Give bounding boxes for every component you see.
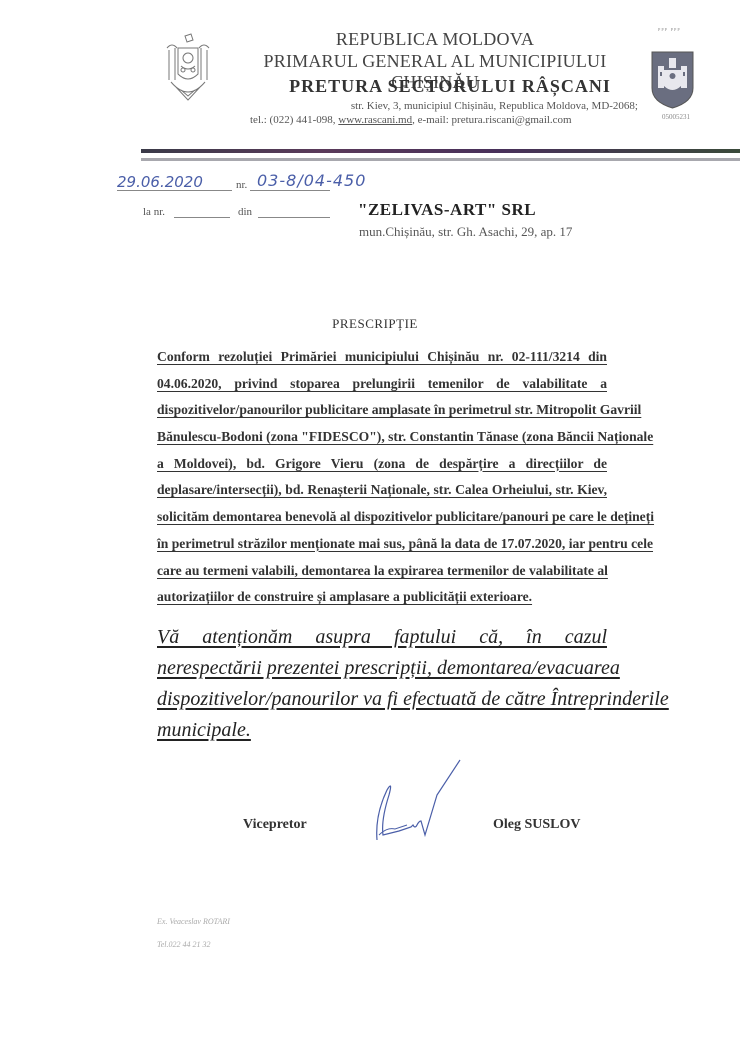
signatory-name: Oleg SUSLOV <box>493 817 581 833</box>
header-contact: tel.: (022) 441-098, www.rascani.md, e-m… <box>250 114 640 126</box>
document-number: 03-8/04-450 <box>257 171 366 190</box>
handwritten-signature-icon <box>365 755 475 850</box>
warning-line: dispozitivelor/panourilor va fi efectuat… <box>157 684 607 715</box>
header-address: str. Kiev, 3, municipiul Chișinău, Repub… <box>240 100 638 112</box>
document-title: PRESCRIPȚIE <box>250 316 500 332</box>
recipient-address: mun.Chișinău, str. Gh. Asachi, 29, ap. 1… <box>359 224 572 240</box>
warning-paragraph: Vă atenționăm asupra faptului că, în caz… <box>157 622 607 746</box>
body-line: în perimetrul străzilor menționate mai s… <box>157 531 607 558</box>
website-link[interactable]: www.rascani.md <box>338 114 412 126</box>
executor-phone: Tel.022 44 21 32 <box>157 940 211 949</box>
date-underline <box>117 190 232 191</box>
la-nr-label: la nr. <box>143 206 165 218</box>
warning-line: nerespectării prezentei prescripții, dem… <box>157 653 607 684</box>
body-line: a Moldovei), bd. Grigore Vieru (zona de … <box>157 451 607 478</box>
moldova-coat-of-arms-icon <box>163 30 213 105</box>
body-line: care au termeni valabili, demontarea la … <box>157 558 607 585</box>
document-date: 29.06.2020 <box>117 173 203 191</box>
chisinau-coat-of-arms-icon <box>650 50 695 110</box>
contact-email: , e-mail: pretura.riscani@gmail.com <box>412 114 572 126</box>
warning-line: Vă atenționăm asupra faptului că, în caz… <box>157 622 607 653</box>
number-underline <box>250 190 330 191</box>
body-paragraph: Conform rezoluției Primăriei municipiulu… <box>157 344 607 611</box>
header-country: REPUBLICA MOLDOVA <box>255 29 615 50</box>
din-label: din <box>238 206 252 218</box>
contact-phone: tel.: (022) 441-098, <box>250 114 338 126</box>
nr-label: nr. <box>236 179 247 191</box>
body-line: Bănulescu-Bodoni (zona "FIDESCO"), str. … <box>157 424 607 451</box>
body-line: deplasare/intersecții), bd. Renașterii N… <box>157 477 607 504</box>
body-line: dispozitivelor/panourilor publicitare am… <box>157 397 607 424</box>
executor-name: Ex. Veaceslav ROTARI <box>157 917 230 926</box>
body-line: 04.06.2020, privind stoparea prelungirii… <box>157 371 607 398</box>
emblem-code: 05005231 <box>662 113 690 121</box>
la-nr-blank <box>174 217 230 218</box>
signatory-role: Vicepretor <box>243 817 307 833</box>
header-divider-light <box>141 158 740 161</box>
body-line: solicităm demontarea benevolă al dispozi… <box>157 504 607 531</box>
din-blank <box>258 217 330 218</box>
body-line: Conform rezoluției Primăriei municipiulu… <box>157 344 607 371</box>
header-office: PRETURA SECTORULUI RÂȘCANI <box>280 76 620 97</box>
emblem-top-text: ᴾᴾᴾ ᴾᴾᴾ <box>658 27 681 35</box>
warning-line: municipale. <box>157 715 607 746</box>
header-divider-dark <box>141 149 740 153</box>
body-line: autorizațiilor de construire și amplasar… <box>157 584 607 611</box>
recipient-name: "ZELIVAS-ART" SRL <box>358 200 536 220</box>
